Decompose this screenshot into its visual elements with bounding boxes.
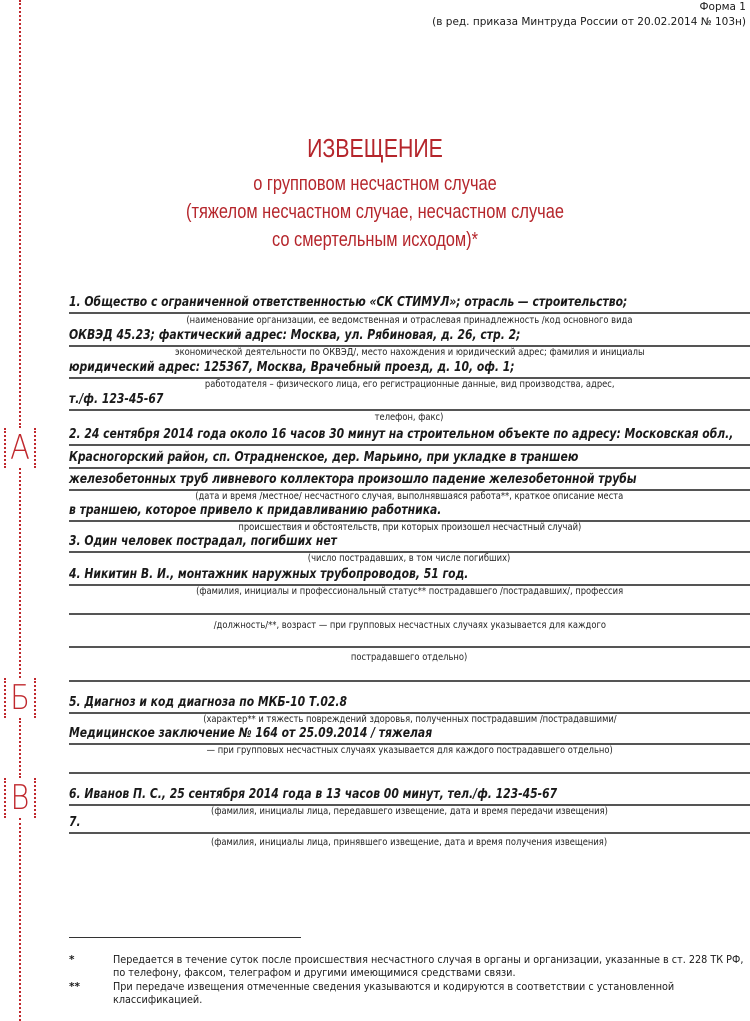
form-header: Форма 1 (в ред. приказа Минтруда России …	[432, 0, 746, 30]
field-2-line-1[interactable]: 2. 24 сентября 2014 года около 16 часов …	[69, 424, 750, 446]
section-marker-v: В	[4, 778, 36, 818]
caption: телефон, факс)	[69, 412, 750, 424]
field-1-legal-address[interactable]: юридический адрес: 125367, Москва, Враче…	[69, 357, 750, 379]
margin-dotted-line	[19, 0, 21, 428]
field-5-diagnosis[interactable]: 5. Диагноз и код диагноза по МКБ-10 Т.02…	[69, 692, 750, 714]
footnote-2: ** При передаче извещения отмеченные све…	[69, 981, 744, 1007]
section-marker-b: Б	[4, 678, 36, 718]
field-1-organization[interactable]: 1. Общество с ограниченной ответственнос…	[69, 292, 750, 314]
margin-dotted-line	[19, 718, 21, 778]
margin-dotted-line	[19, 468, 21, 678]
field-4-blank-1[interactable]	[69, 593, 750, 615]
caption: (фамилия, инициалы лица, принявшего изве…	[69, 837, 750, 849]
field-2-line-4[interactable]: в траншею, которое привело к придавливан…	[69, 500, 750, 522]
field-4-blank-2[interactable]	[69, 626, 750, 648]
field-5-blank[interactable]	[69, 752, 750, 774]
field-4-victim[interactable]: 4. Никитин В. И., монтажник наружных тру…	[69, 564, 750, 586]
footnote-1: * Передается в течение суток после проис…	[69, 954, 744, 980]
field-2-line-3[interactable]: железобетонных труб ливневого коллектора…	[69, 469, 750, 491]
footnote-divider	[69, 937, 301, 938]
form-number: Форма 1	[432, 0, 746, 15]
document-title: ИЗВЕЩЕНИЕ	[68, 133, 683, 164]
section-marker-a: А	[4, 428, 36, 468]
document-subtitle: о групповом несчастном случае (тяжелом н…	[68, 170, 683, 254]
field-5-medical-conclusion[interactable]: Медицинское заключение № 164 от 25.09.20…	[69, 723, 750, 745]
field-1-phone[interactable]: т./ф. 123-45-67	[69, 389, 750, 411]
field-3-victims-count[interactable]: 3. Один человек пострадал, погибших нет	[69, 531, 750, 553]
field-6-sender[interactable]: 6. Иванов П. С., 25 сентября 2014 года в…	[69, 784, 750, 806]
margin-dotted-line	[19, 818, 21, 1021]
field-1-address[interactable]: ОКВЭД 45.23; фактический адрес: Москва, …	[69, 325, 750, 347]
field-7-receiver[interactable]: 7.	[69, 812, 750, 834]
field-2-line-2[interactable]: Красногорский район, сп. Отрадненское, д…	[69, 447, 750, 469]
form-edition: (в ред. приказа Минтруда России от 20.02…	[432, 15, 746, 30]
field-4-blank-3[interactable]	[69, 660, 750, 682]
